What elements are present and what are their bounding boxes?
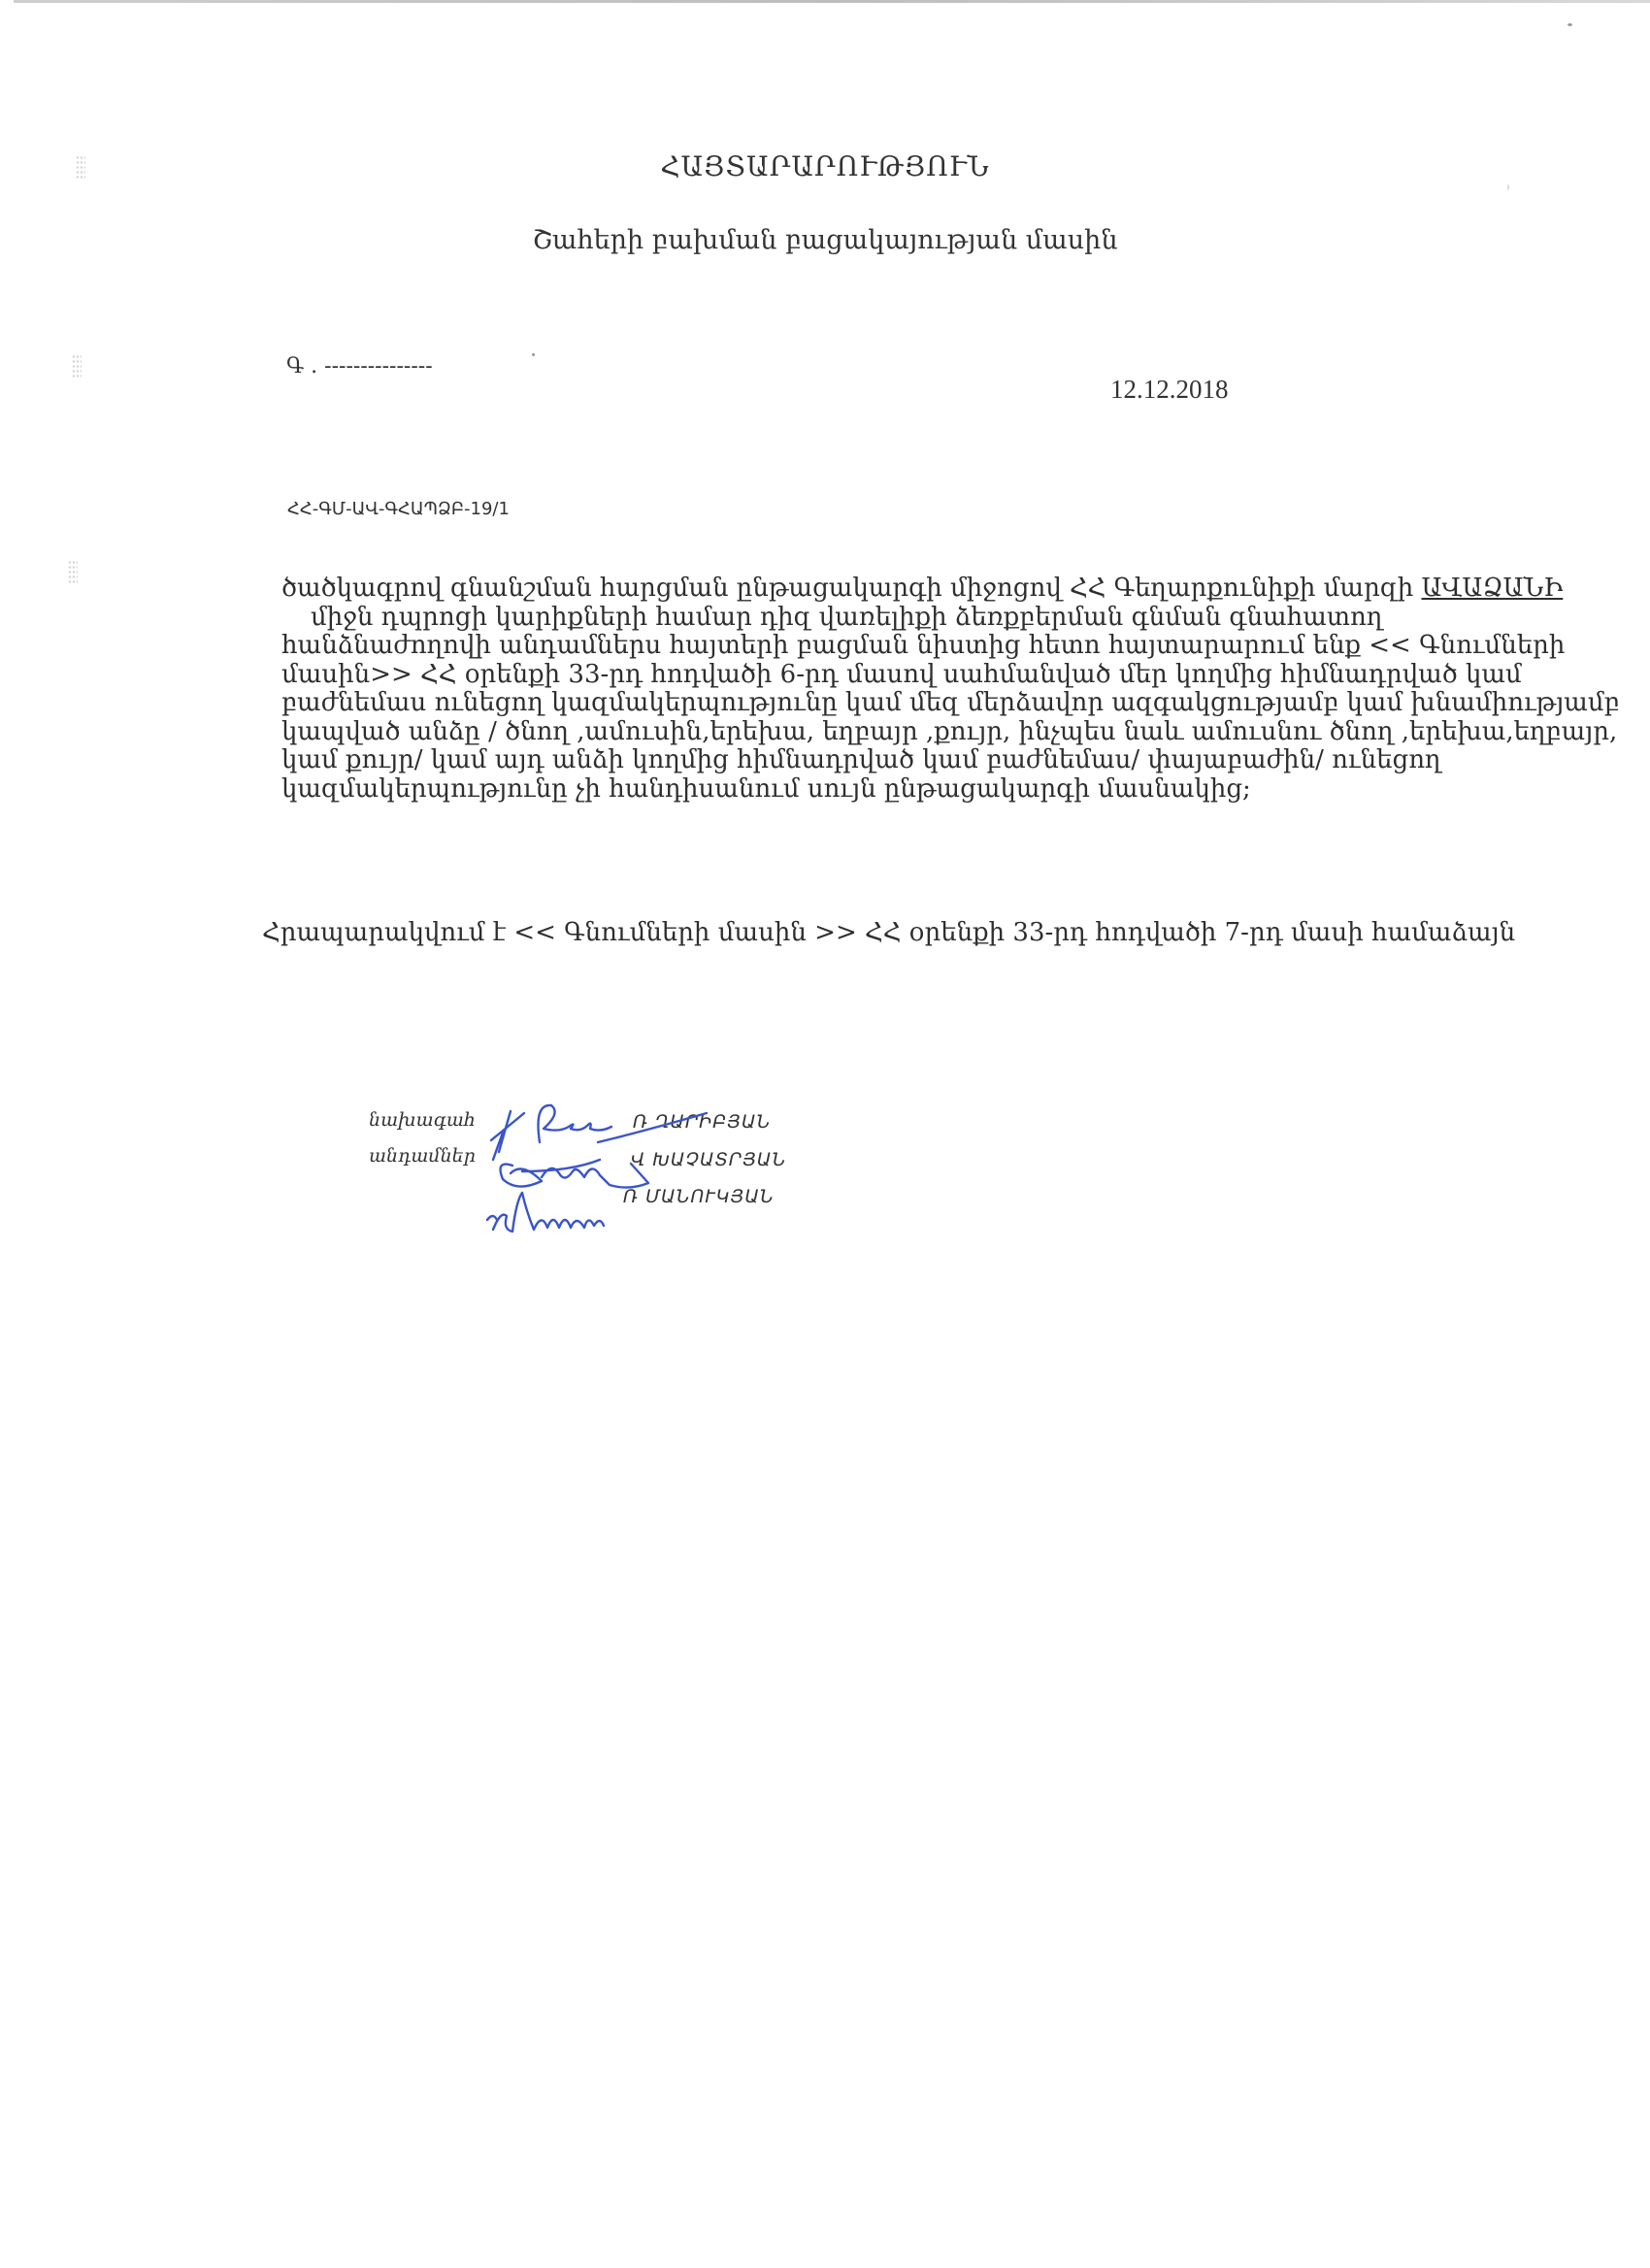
scan-speck [1507, 184, 1509, 190]
signature-block: նախագահ անդամներ Ռ ՂԱՐԻԲՅԱՆ Վ ԽԱՉԱՏՐՅԱՆ … [369, 1092, 815, 1247]
scan-speck [1567, 23, 1572, 26]
city-line: Գ . --------------- [286, 354, 433, 378]
body-line: հանձնաժողովի անդամներս հայտերի բացման նի… [281, 632, 1466, 661]
body-line: մասին>> ՀՀ օրենքի 33-րդ հոդվածի 6-րդ մաս… [281, 661, 1466, 690]
body-line: կապված անձը / ծնող ,ամուսին,երեխա, եղբայ… [281, 718, 1466, 747]
body-text-segment: ծածկագրով գնանշման հարցման ընթացակարգի մ… [281, 574, 1421, 603]
chair-label: նախագահ [369, 1109, 476, 1131]
margin-punch-mark [68, 560, 78, 583]
body-text-segment: կապված անձը / ծնող ,ամուսին,երեխա, եղբայ… [281, 717, 1617, 746]
body-line: միջն դպրոցի կարիքների համար դիզ վառելիքի… [281, 604, 1466, 633]
margin-punch-mark [72, 354, 82, 378]
body-text-segment: կամ քույր/ կամ այդ անձի կողմից հիմնադրվա… [281, 745, 1441, 774]
body-line: կազմակերպությունը չի հանդիսանում սույն ը… [281, 775, 1466, 805]
body-text-segment: միջն դպրոցի կարիքների համար դիզ վառելիքի… [311, 603, 1382, 632]
document-date: 12.12.2018 [1110, 375, 1229, 405]
body-text-segment: բաժնեմաս ունեցող կազմակերպությունը կամ մ… [281, 688, 1620, 717]
handwritten-signatures [483, 1084, 736, 1249]
body-text-segment: մասին>> ՀՀ օրենքի 33-րդ հոդվածի 6-րդ մաս… [281, 660, 1522, 689]
school-name: ԱՎԱՁԱՆԻ [1421, 574, 1563, 603]
members-label: անդամներ [369, 1145, 476, 1167]
scan-page-edge [14, 0, 1650, 3]
reference-code: ՀՀ-ԳՄ-ԱՎ-ԳՀԱՊՁԲ-19/1 [287, 499, 510, 519]
body-line: բաժնեմաս ունեցող կազմակերպությունը կամ մ… [281, 689, 1466, 718]
document-subtitle: Շահերի բախման բացակայության մասին [0, 225, 1650, 255]
publish-statement: Հրապարակվում է << Գնումների մասին >> ՀՀ … [262, 918, 1515, 947]
body-text-segment: կազմակերպությունը չի հանդիսանում սույն ը… [281, 774, 1251, 804]
declaration-body: ծածկագրով գնանշման հարցման ընթացակարգի մ… [281, 575, 1466, 804]
scan-speck [532, 353, 535, 356]
body-line: կամ քույր/ կամ այդ անձի կողմից հիմնադրվա… [281, 746, 1466, 775]
body-line: ծածկագրով գնանշման հարցման ընթացակարգի մ… [281, 575, 1466, 604]
body-text-segment: հանձնաժողովի անդամներս հայտերի բացման նի… [281, 631, 1565, 660]
document-title: ՀԱՅՏԱՐԱՐՈՒԹՅՈՒՆ [0, 150, 1650, 182]
